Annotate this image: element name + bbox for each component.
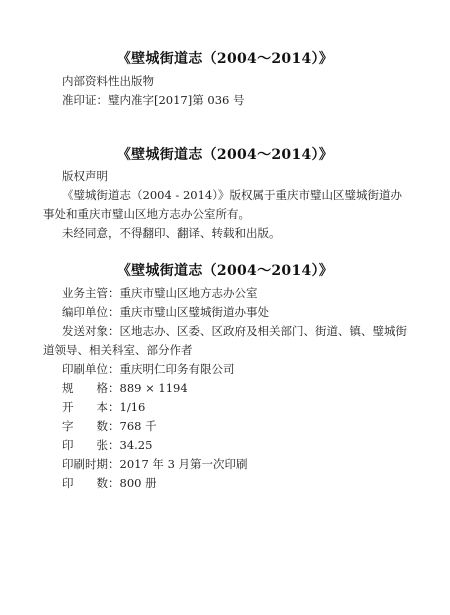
field-value: 重庆市璧山区地方志办公室 (120, 284, 258, 303)
field-compiler: 编印单位：重庆市璧山区璧城街道办事处 (43, 303, 408, 322)
field-print-date: 印刷时期：2017 年 3 月第一次印刷 (43, 455, 408, 474)
field-supervisor: 业务主管：重庆市璧山区地方志办公室 (43, 284, 408, 303)
print-permit: 准印证：璧内准字[2017]第 036 号 (43, 91, 408, 110)
copyright-paragraph: 《璧城街道志（2004 - 2014）》版权属于重庆市璧山区璧城街道办事处和重庆… (43, 186, 408, 224)
copyright-heading: 版权声明 (43, 167, 408, 186)
section-1-title: 《壁城街道志（2004～2014）》 (0, 50, 450, 68)
field-value: 889 × 1194 (120, 379, 188, 398)
copyright-block: 版权声明 《璧城街道志（2004 - 2014）》版权属于重庆市璧山区璧城街道办… (43, 167, 408, 243)
field-printer: 印刷单位：重庆明仁印务有限公司 (43, 360, 408, 379)
field-format: 规格：889 × 1194 (43, 379, 408, 398)
field-value: 34.25 (120, 436, 153, 455)
document-page: 《壁城街道志（2004～2014）》 内部资料性出版物 准印证：璧内准字[201… (0, 0, 450, 615)
field-recipients: 发送对象：区地志办、区委、区政府及相关部门、街道、镇、璧城街道领导、相关科室、部… (43, 322, 408, 360)
field-value: 重庆市璧山区璧城街道办事处 (120, 303, 270, 322)
field-value: 重庆明仁印务有限公司 (120, 360, 235, 379)
field-value: 800 册 (120, 474, 157, 493)
publication-type: 内部资料性出版物 (43, 72, 408, 91)
field-word-count: 字数：768 千 (43, 417, 408, 436)
field-print-run: 印数：800 册 (43, 474, 408, 493)
colophon-block: 业务主管：重庆市璧山区地方志办公室 编印单位：重庆市璧山区璧城街道办事处 发送对… (43, 284, 408, 493)
field-sheets: 印张：34.25 (43, 436, 408, 455)
field-value: 768 千 (120, 417, 157, 436)
copyright-restriction: 未经同意，不得翻印、翻译、转载和出版。 (43, 224, 408, 243)
section-3-title: 《壁城街道志（2004～2014）》 (0, 262, 450, 280)
field-value: 1/16 (120, 398, 146, 417)
section-2-title: 《壁城街道志（2004～2014）》 (0, 146, 450, 164)
field-size: 开本：1/16 (43, 398, 408, 417)
section-1-body: 内部资料性出版物 准印证：璧内准字[2017]第 036 号 (43, 72, 408, 110)
field-value: 2017 年 3 月第一次印刷 (120, 455, 248, 474)
